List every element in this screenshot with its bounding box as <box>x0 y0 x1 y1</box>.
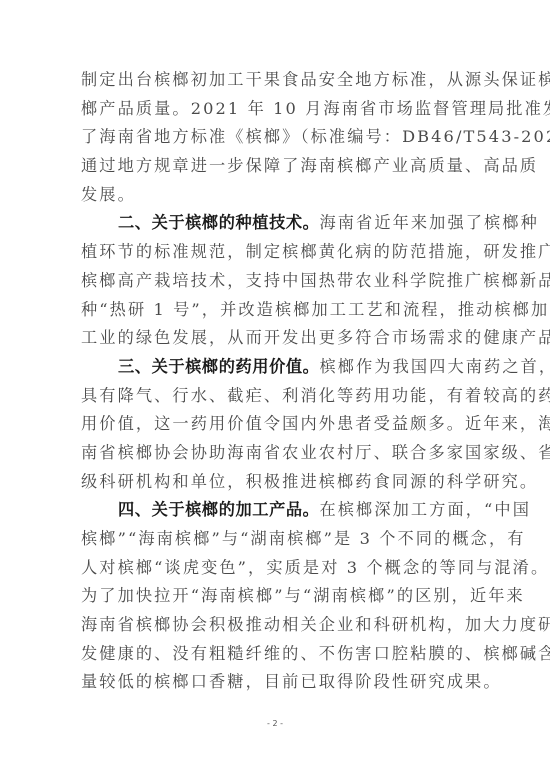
text-line: 槟榔高产栽培技术，支持中国热带农业科学院推广槟榔新品 <box>81 267 469 296</box>
text-line: 了海南省地方标准《槟榔》（标准编号：DB46/T543-2021）， <box>81 123 469 152</box>
text-line: 级科研机构和单位，积极推进槟榔药食同源的科学研究。 <box>81 468 469 497</box>
text-line: 用价值，这一药用价值令国内外患者受益颇多。近年来，海 <box>81 410 469 439</box>
text-line: 通过地方规章进一步保障了海南槟榔产业高质量、高品质 <box>81 152 469 181</box>
text-line: 具有降气、行水、截疟、利消化等药用功能，有着较高的药 <box>81 382 469 411</box>
document-body: 制定出台槟榔初加工干果食品安全地方标准，从源头保证槟 榔产品质量。2021 年 … <box>81 66 469 697</box>
section-heading: 二、关于槟榔的种植技术。 <box>118 213 319 232</box>
section-text: 海南省近年来加强了槟榔种 <box>319 213 538 232</box>
paragraph-standards: 制定出台槟榔初加工干果食品安全地方标准，从源头保证槟 榔产品质量。2021 年 … <box>81 66 469 209</box>
text-line: 榔产品质量。2021 年 10 月海南省市场监督管理局批准发布 <box>81 95 469 124</box>
text-line: 工业的绿色发展，从而开发出更多符合市场需求的健康产品。 <box>81 324 469 353</box>
section-first-line: 三、关于槟榔的药用价值。槟榔作为我国四大南药之首， <box>81 353 469 382</box>
section-first-line: 二、关于槟榔的种植技术。海南省近年来加强了槟榔种 <box>81 209 469 238</box>
section-first-line: 四、关于槟榔的加工产品。在槟榔深加工方面，“中国 <box>81 496 469 525</box>
section-heading: 三、关于槟榔的药用价值。 <box>118 357 319 376</box>
section-text: 槟榔作为我国四大南药之首， <box>319 357 550 376</box>
text-line: 制定出台槟榔初加工干果食品安全地方标准，从源头保证槟 <box>81 66 469 95</box>
section-processed-products: 四、关于槟榔的加工产品。在槟榔深加工方面，“中国 槟榔”“海南槟榔”与“湖南槟榔… <box>81 496 469 697</box>
text-line: 南省槟榔协会协助海南省农业农村厅、联合多家国家级、省 <box>81 439 469 468</box>
text-line: 海南省槟榔协会积极推动相关企业和科研机构，加大力度研 <box>81 611 469 640</box>
text-line: 为了加快拉开“海南槟榔”与“湖南槟榔”的区别，近年来 <box>81 582 469 611</box>
section-heading: 四、关于槟榔的加工产品。 <box>118 500 319 519</box>
document-page: 制定出台槟榔初加工干果食品安全地方标准，从源头保证槟 榔产品质量。2021 年 … <box>0 0 550 777</box>
text-line: 量较低的槟榔口香糖，目前已取得阶段性研究成果。 <box>81 668 469 697</box>
page-number: - 2 - <box>0 719 550 728</box>
section-medicinal-value: 三、关于槟榔的药用价值。槟榔作为我国四大南药之首， 具有降气、行水、截疟、利消化… <box>81 353 469 496</box>
text-line: 槟榔”“海南槟榔”与“湖南槟榔”是 3 个不同的概念，有 <box>81 525 469 554</box>
text-line: 发健康的、没有粗糙纤维的、不伤害口腔粘膜的、槟榔碱含 <box>81 640 469 669</box>
text-line: 种“热研 1 号”，并改造槟榔加工工艺和流程，推动槟榔加 <box>81 296 469 325</box>
section-text: 在槟榔深加工方面，“中国 <box>319 500 531 519</box>
section-planting-technology: 二、关于槟榔的种植技术。海南省近年来加强了槟榔种 植环节的标准规范，制定槟榔黄化… <box>81 209 469 352</box>
text-line: 人对槟榔“谈虎变色”，实质是对 3 个概念的等同与混淆。 <box>81 554 469 583</box>
text-line: 植环节的标准规范，制定槟榔黄化病的防范措施，研发推广 <box>81 238 469 267</box>
text-line: 发展。 <box>81 181 469 210</box>
